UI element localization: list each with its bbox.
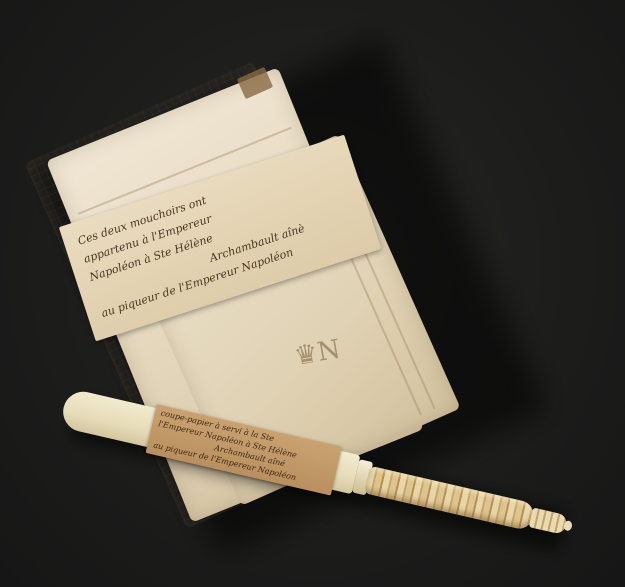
- handle-finial: [529, 507, 569, 535]
